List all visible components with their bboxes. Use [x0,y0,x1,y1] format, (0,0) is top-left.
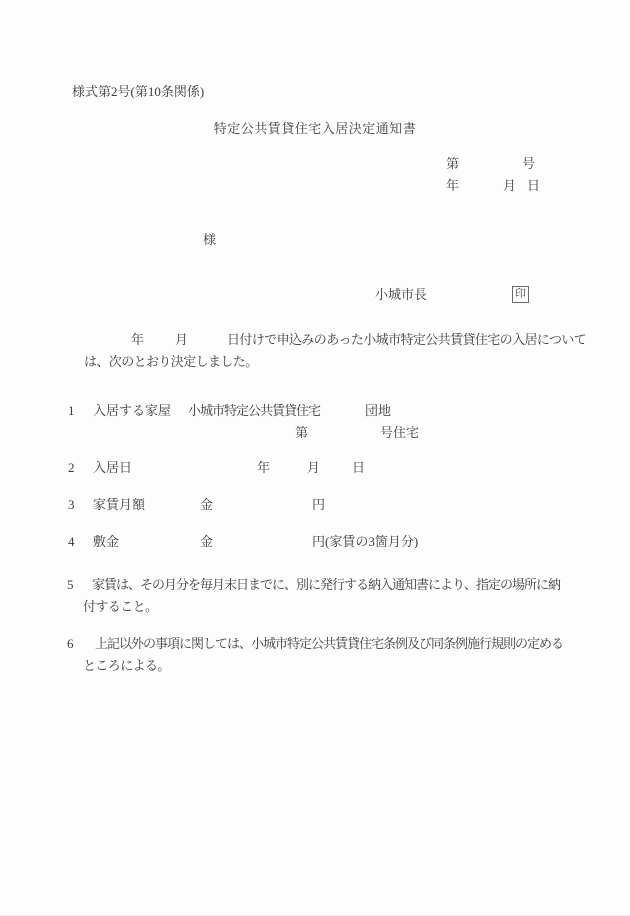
document-page: 様式第2号(第10条関係) 特定公共賃貸住宅入居決定通知書 第 号 年 月 日 … [0,0,630,916]
item3-number: 3 [68,497,75,513]
doc-number-suffix: 号 [522,156,535,172]
doc-number-prefix: 第 [446,156,459,172]
item1-label: 入居する家屋 [93,403,171,419]
item5-line2: 付すること。 [83,599,157,615]
item2-number: 2 [68,460,75,476]
item3-currency-suffix: 円 [312,497,325,513]
item6-line2: ところによる。 [83,658,170,674]
item2-year: 年 [257,460,270,476]
item4-currency-prefix: 金 [200,534,213,550]
document-title: 特定公共賃貸住宅入居決定通知書 [0,121,630,137]
item3-label: 家賃月額 [93,497,145,513]
item1-line2-prefix: 第 [295,425,308,441]
addressee-honorific: 様 [203,232,216,248]
item1-value1: 小城市特定公共賃貸住宅 [188,403,320,419]
body-line1-year: 年 [131,332,144,348]
item5-number: 5 [67,577,74,593]
form-number: 様式第2号(第10条関係) [72,84,204,100]
body-line1-text: 日付けで申込みのあった小城市特定公共賃貸住宅の入居について [227,332,586,348]
seal-mark: 印 [512,286,529,303]
item1-number: 1 [68,403,75,419]
issue-date-month: 月 [503,178,516,194]
issue-date-day: 日 [527,178,540,194]
issue-date-year: 年 [446,178,459,194]
item2-day: 日 [352,460,365,476]
item1-line2-suffix: 号住宅 [380,425,419,441]
issuer-title: 小城市長 [375,287,427,303]
item2-label: 入居日 [93,460,132,476]
item1-value2: 団地 [365,403,391,419]
item3-currency-prefix: 金 [200,497,213,513]
body-line2-text: は、次のとおり決定しました。 [84,354,258,370]
item6-number: 6 [67,636,74,652]
item4-label: 敷金 [93,534,119,550]
item4-currency-suffix: 円(家賃の3箇月分) [312,534,418,550]
item2-month: 月 [307,460,320,476]
body-line1-month: 月 [175,332,188,348]
item5-line1: 家賃は、その月分を毎月末日までに、別に発行する納入通知書により、指定の場所に納 [92,577,560,593]
item6-line1: 上記以外の事項に関しては、小城市特定公共賃貸住宅条例及び同条例施行規則の定める [95,636,563,652]
item4-number: 4 [68,534,75,550]
